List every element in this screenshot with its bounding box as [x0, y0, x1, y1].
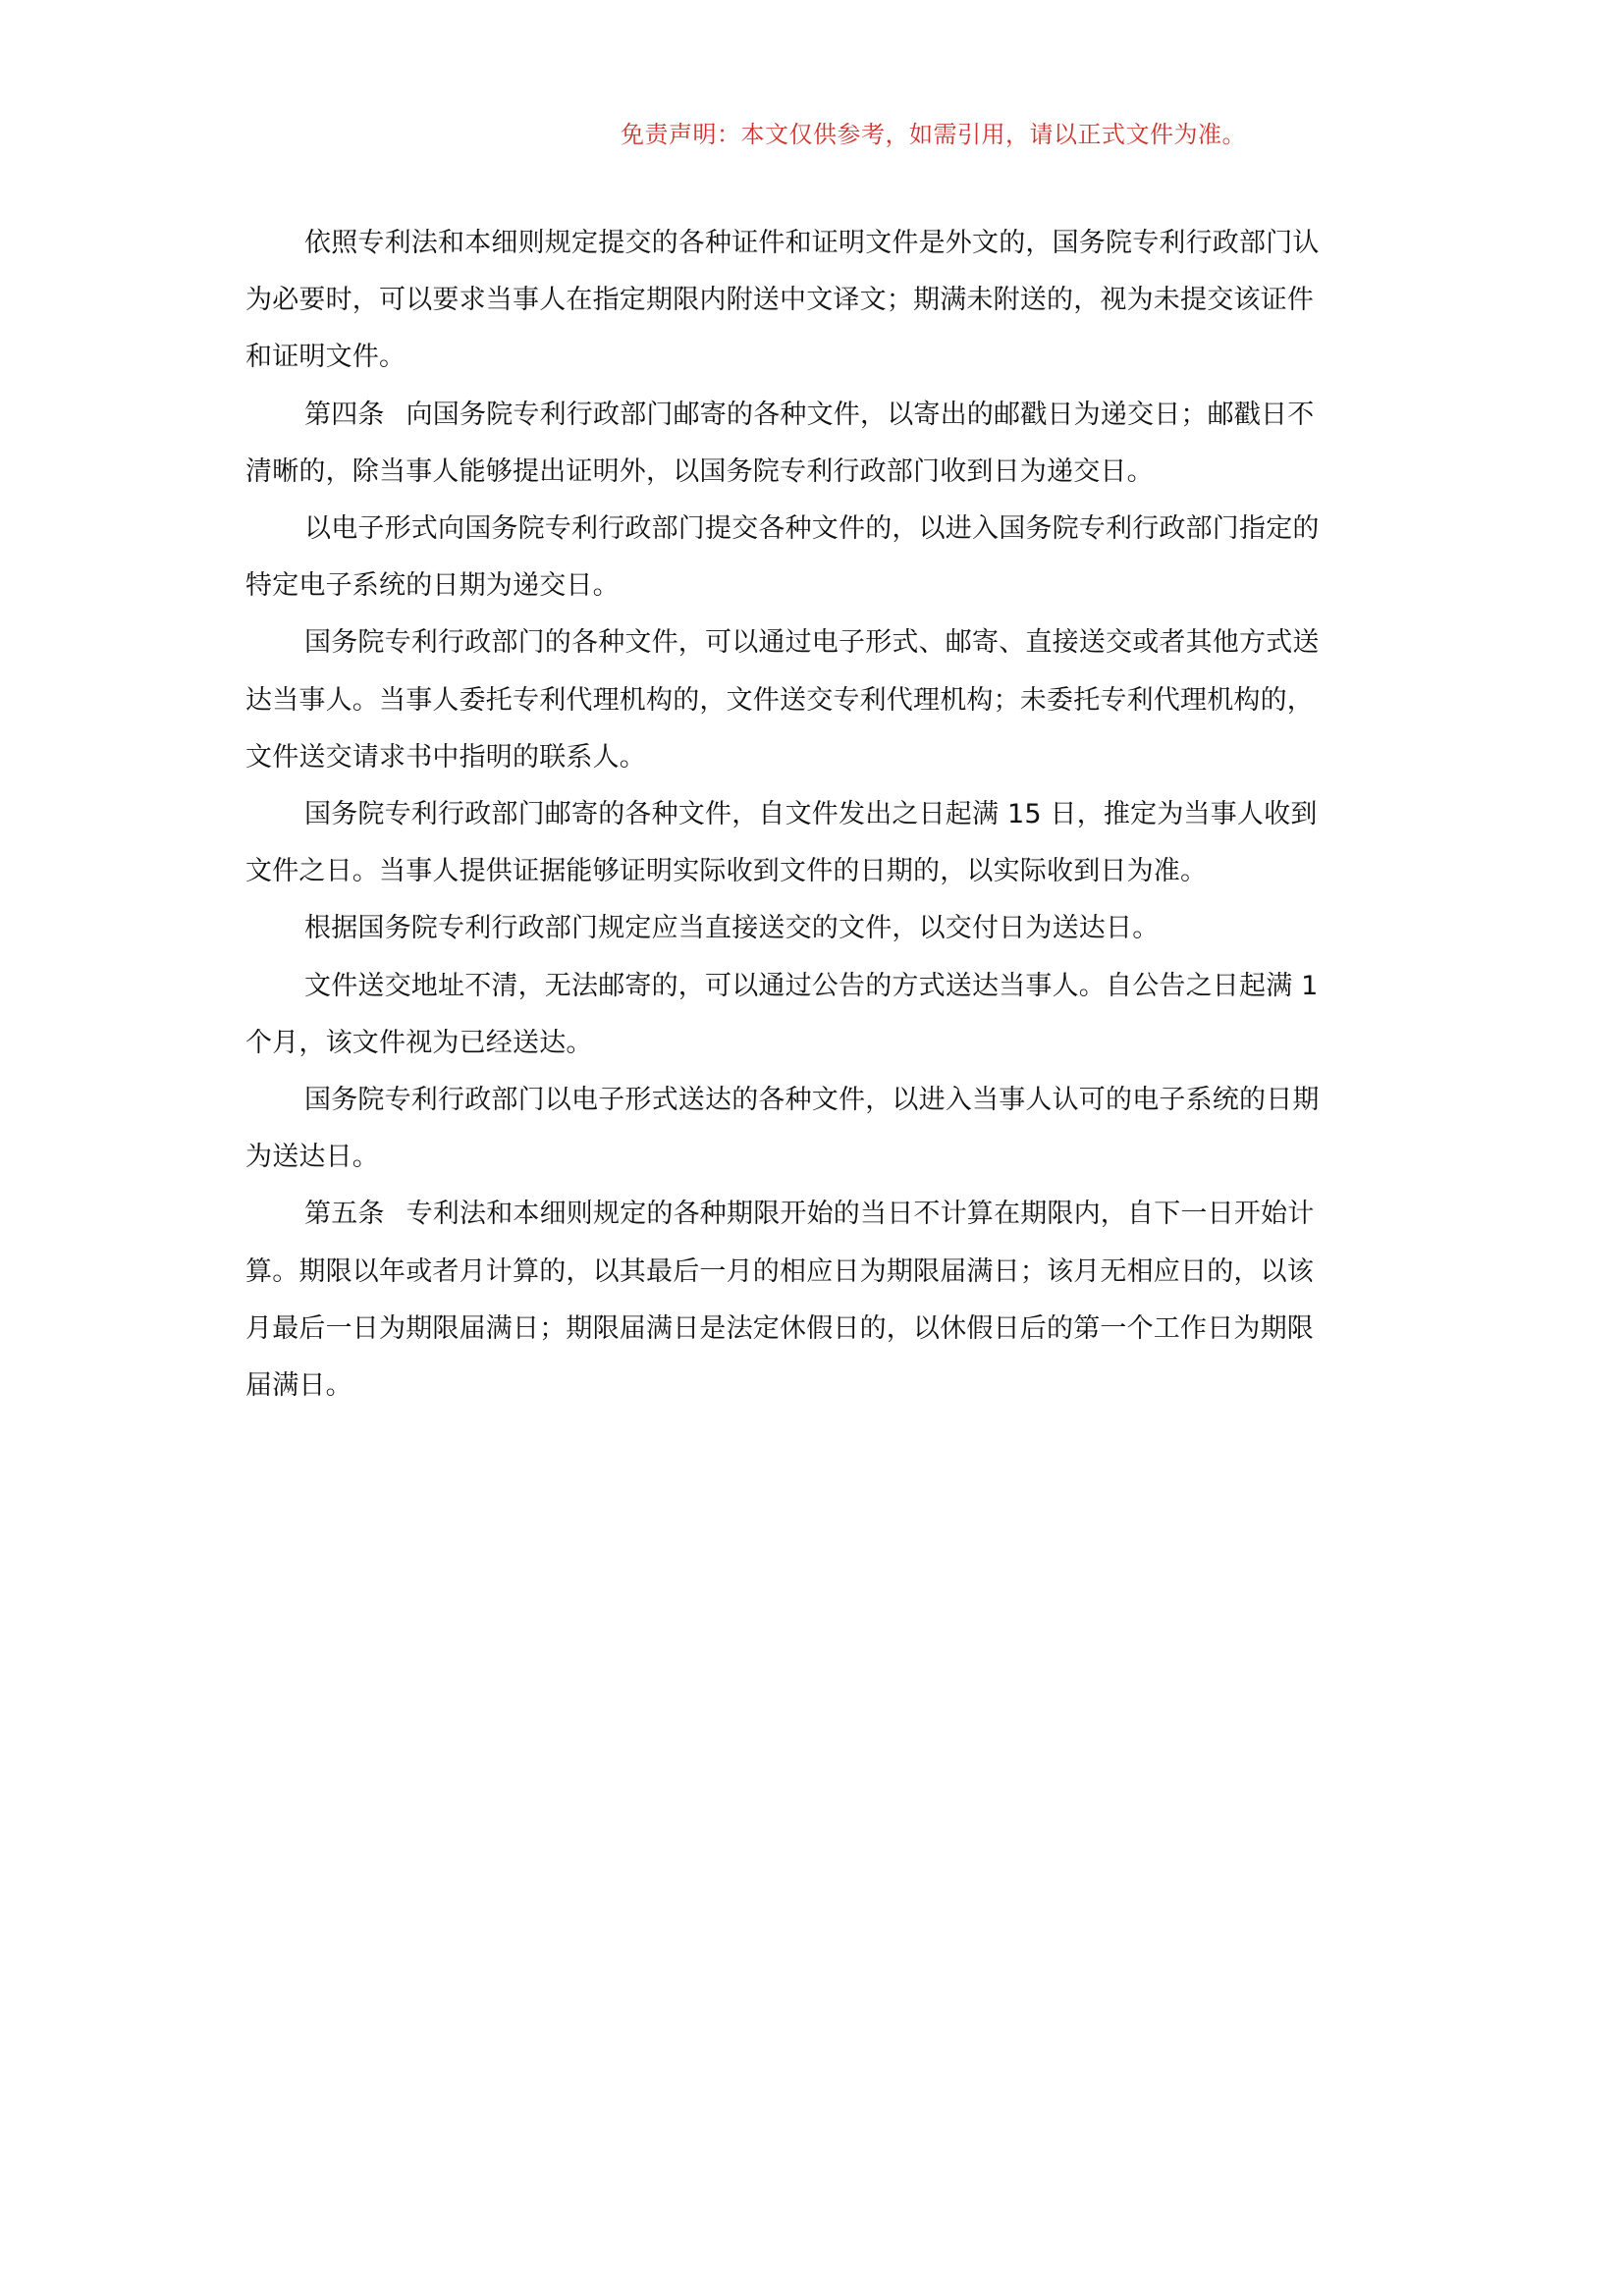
text-line: 第五条专利法和本细则规定的各种期限开始的当日不计算在期限内，自下一日开始计: [245, 1186, 1386, 1243]
paragraph-delivery-methods: 国务院专利行政部门的各种文件，可以通过电子形式、邮寄、直接送交或者其他方式送 达…: [245, 614, 1386, 786]
text-line: 个月，该文件视为已经送达。: [245, 1015, 1386, 1072]
text-line: 月最后一日为期限届满日；期限届满日是法定休假日的，以休假日后的第一个工作日为期限: [245, 1301, 1386, 1358]
text-line: 文件之日。当事人提供证据能够证明实际收到文件的日期的，以实际收到日为准。: [245, 843, 1386, 900]
paragraph-article-4: 第四条向国务院专利行政部门邮寄的各种文件，以寄出的邮戳日为递交日；邮戳日不 清晰…: [245, 387, 1386, 501]
article-number: 第四条: [304, 400, 385, 430]
document-body: 依照专利法和本细则规定提交的各种证件和证明文件是外文的，国务院专利行政部门认 为…: [245, 215, 1386, 1415]
paragraph-electronic-delivery: 国务院专利行政部门以电子形式送达的各种文件，以进入当事人认可的电子系统的日期 为…: [245, 1072, 1386, 1186]
text-line-body: 向国务院专利行政部门邮寄的各种文件，以寄出的邮戳日为递交日；邮戳日不: [406, 400, 1315, 430]
text-line: 算。期限以年或者月计算的，以其最后一月的相应日为期限届满日；该月无相应日的，以该: [245, 1244, 1386, 1301]
paragraph-article-5: 第五条专利法和本细则规定的各种期限开始的当日不计算在期限内，自下一日开始计 算。…: [245, 1186, 1386, 1415]
text-line: 根据国务院专利行政部门规定应当直接送交的文件，以交付日为送达日。: [245, 900, 1386, 957]
text-line: 清晰的，除当事人能够提出证明外，以国务院专利行政部门收到日为递交日。: [245, 444, 1386, 501]
text-line: 依照专利法和本细则规定提交的各种证件和证明文件是外文的，国务院专利行政部门认: [245, 215, 1386, 272]
paragraph-direct-delivery: 根据国务院专利行政部门规定应当直接送交的文件，以交付日为送达日。: [245, 900, 1386, 957]
text-line: 为送达日。: [245, 1129, 1386, 1186]
text-line: 国务院专利行政部门以电子形式送达的各种文件，以进入当事人认可的电子系统的日期: [245, 1072, 1386, 1129]
text-line: 届满日。: [245, 1358, 1386, 1415]
text-line: 国务院专利行政部门的各种文件，可以通过电子形式、邮寄、直接送交或者其他方式送: [245, 614, 1386, 671]
article-number: 第五条: [304, 1199, 385, 1229]
text-line: 以电子形式向国务院专利行政部门提交各种文件的，以进入国务院专利行政部门指定的: [245, 501, 1386, 558]
disclaimer-banner: 免责声明：本文仅供参考，如需引用，请以正式文件为准。: [621, 120, 1246, 149]
paragraph-public-notice: 文件送交地址不清，无法邮寄的，可以通过公告的方式送达当事人。自公告之日起满 1 …: [245, 958, 1386, 1072]
text-line: 特定电子系统的日期为递交日。: [245, 558, 1386, 614]
text-line: 文件送交请求书中指明的联系人。: [245, 729, 1386, 786]
text-line-body: 专利法和本细则规定的各种期限开始的当日不计算在期限内，自下一日开始计: [406, 1199, 1315, 1229]
paragraph-foreign-documents: 依照专利法和本细则规定提交的各种证件和证明文件是外文的，国务院专利行政部门认 为…: [245, 215, 1386, 387]
text-line: 第四条向国务院专利行政部门邮寄的各种文件，以寄出的邮戳日为递交日；邮戳日不: [245, 387, 1386, 444]
text-line: 为必要时，可以要求当事人在指定期限内附送中文译文；期满未附送的，视为未提交该证件: [245, 272, 1386, 329]
paragraph-mail-delivery: 国务院专利行政部门邮寄的各种文件，自文件发出之日起满 15 日，推定为当事人收到…: [245, 786, 1386, 900]
text-line: 国务院专利行政部门邮寄的各种文件，自文件发出之日起满 15 日，推定为当事人收到: [245, 786, 1386, 843]
text-line: 和证明文件。: [245, 329, 1386, 386]
text-line: 文件送交地址不清，无法邮寄的，可以通过公告的方式送达当事人。自公告之日起满 1: [245, 958, 1386, 1015]
text-line: 达当事人。当事人委托专利代理机构的，文件送交专利代理机构；未委托专利代理机构的，: [245, 672, 1386, 729]
paragraph-electronic-submission: 以电子形式向国务院专利行政部门提交各种文件的，以进入国务院专利行政部门指定的 特…: [245, 501, 1386, 614]
